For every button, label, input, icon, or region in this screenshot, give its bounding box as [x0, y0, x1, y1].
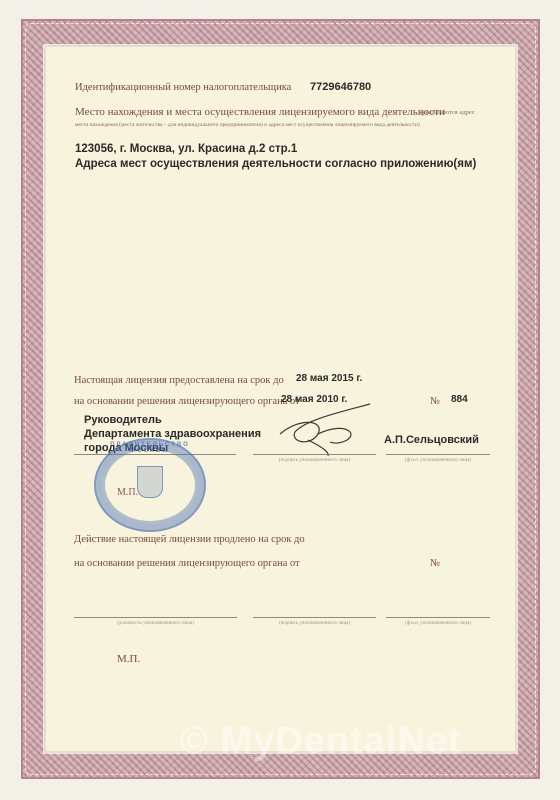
caption-position: (должность уполномоченного лица) [74, 621, 237, 626]
bottom-stamp-place: М.П. [117, 653, 140, 665]
extension-label: Действие настоящей лицензии продлено на … [74, 534, 305, 545]
number-sign: № [430, 396, 440, 407]
caption-name: (ф.и.о. уполномоченного лица) [386, 458, 490, 463]
caption-signature: (подпись уполномоченного лица) [253, 458, 376, 463]
signer-position-1: Руководитель [84, 414, 162, 426]
stamp-place: М.П. [117, 487, 138, 498]
caption-name-2: (ф.и.о. уполномоченного лица) [386, 621, 490, 626]
official-seal-icon: ПРАВИТЕЛЬСТВО МОСКВЫ [94, 438, 206, 532]
license-page: Идентификационный номер налогоплательщик… [0, 0, 560, 800]
signature-icon [270, 402, 380, 457]
term-value: 28 мая 2015 г. [296, 373, 362, 384]
taxpayer-id-value: 7729646780 [310, 81, 371, 93]
term-label: Настоящая лицензия предоставлена на срок… [74, 375, 284, 386]
signer-name: А.П.Сельцовский [384, 434, 479, 446]
extension-decision-label: на основании решения лицензирующего орга… [74, 558, 300, 569]
address-line-1: 123056, г. Москва, ул. Красина д.2 стр.1 [75, 143, 297, 155]
taxpayer-id-label: Идентификационный номер налогоплательщик… [75, 82, 291, 93]
extension-number-sign: № [430, 558, 440, 569]
location-label: Место нахождения и места осуществления л… [75, 106, 445, 118]
coat-of-arms-icon [137, 466, 163, 498]
watermark: © MyDentalNet [180, 720, 462, 763]
location-note-1: (указываются адрес [420, 109, 475, 116]
caption-signature-2: (подпись уполномоченного лица) [253, 621, 376, 626]
license-number: 884 [451, 394, 468, 405]
location-note-2: места нахождения (места жительства – для… [75, 122, 420, 128]
signer-position-2: Департамента здравоохранения [84, 428, 261, 440]
address-line-2: Адреса мест осуществления деятельности с… [75, 158, 476, 170]
decision-label: на основании решения лицензирующего орга… [74, 396, 300, 407]
